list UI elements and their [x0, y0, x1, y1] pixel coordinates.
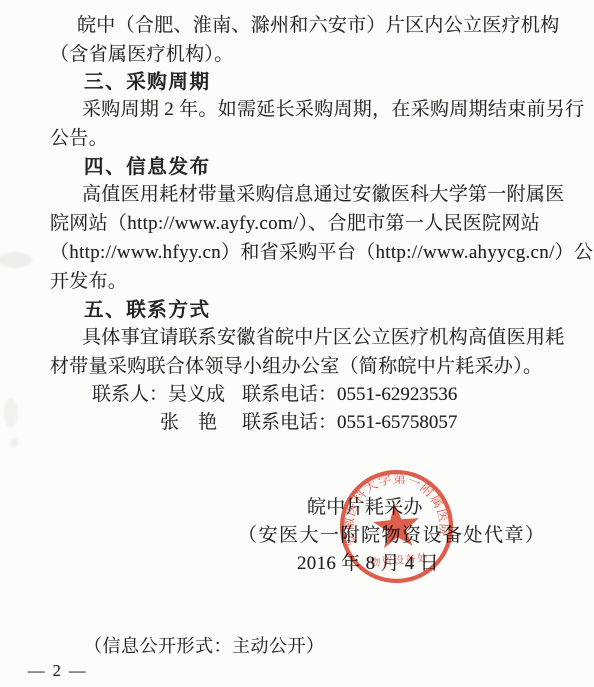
page-number: — 2 — — [28, 661, 88, 681]
stamp-star-icon — [372, 501, 422, 549]
scan-smudge — [0, 252, 32, 268]
contact-label: 联系人： — [92, 384, 168, 405]
section-heading-contact: 五、联系方式 — [84, 294, 211, 322]
scan-smudge — [10, 438, 18, 448]
cycle-line-2: 公告。 — [50, 123, 108, 150]
intro-line-1: 皖中（合肥、淮南、滁州和六安市）片区内公立医疗机构 — [77, 10, 560, 37]
contact-line-1: 具体事宜请联系安徽省皖中片区公立医疗机构高值医用耗 — [82, 322, 565, 349]
contact-phone: 联系电话：0551-62923536 — [242, 379, 457, 406]
scanned-document-page: 皖中（合肥、淮南、滁州和六安市）片区内公立医疗机构 （含省属医疗机构）。 三、采… — [0, 0, 594, 687]
phone-number: 0551-65758057 — [337, 412, 457, 433]
phone-number: 0551-62923536 — [337, 384, 457, 405]
info-line-4: 开发布。 — [50, 266, 127, 293]
cycle-line-1: 采购周期 2 年。如需延长采购周期，在采购周期结束前另行 — [82, 94, 584, 121]
contact-person-row-1: 联系人：吴义成 联系电话：0551-62923536 — [92, 379, 552, 406]
disclosure-note: （信息公开形式：主动公开） — [84, 632, 325, 658]
phone-label: 联系电话： — [242, 384, 337, 405]
section-heading-information-release: 四、信息发布 — [84, 151, 211, 179]
stamp-department-text: 物资设备处 — [370, 551, 430, 569]
section-heading-procurement-cycle: 三、采购周期 — [84, 66, 211, 94]
info-line-3: （http://www.hfyy.cn）和省采购平台（http://www.ah… — [50, 237, 593, 264]
contact-line-2: 材带量采购联合体领导小组办公室（简称皖中片耗采办）。 — [50, 351, 542, 378]
official-stamp: 安徽医科大学第一附属医院 物资设备处 — [336, 464, 457, 585]
contact-phone: 联系电话：0551-65758057 — [242, 407, 457, 434]
contact-name: 张 艳 — [160, 412, 217, 433]
contact-person-row-2: 张 艳 联系电话：0551-65758057 — [160, 407, 552, 434]
info-line-2: 院网站（http://www.ayfy.com/）、合肥市第一人民医院网站 — [50, 208, 540, 235]
contact-name: 吴义成 — [168, 384, 225, 405]
info-line-1: 高值医用耗材带量采购信息通过安徽医科大学第一附属医 — [82, 179, 565, 206]
phone-label: 联系电话： — [242, 412, 337, 433]
scan-smudge — [4, 398, 18, 428]
intro-line-2: （含省属医疗机构）。 — [50, 39, 234, 66]
